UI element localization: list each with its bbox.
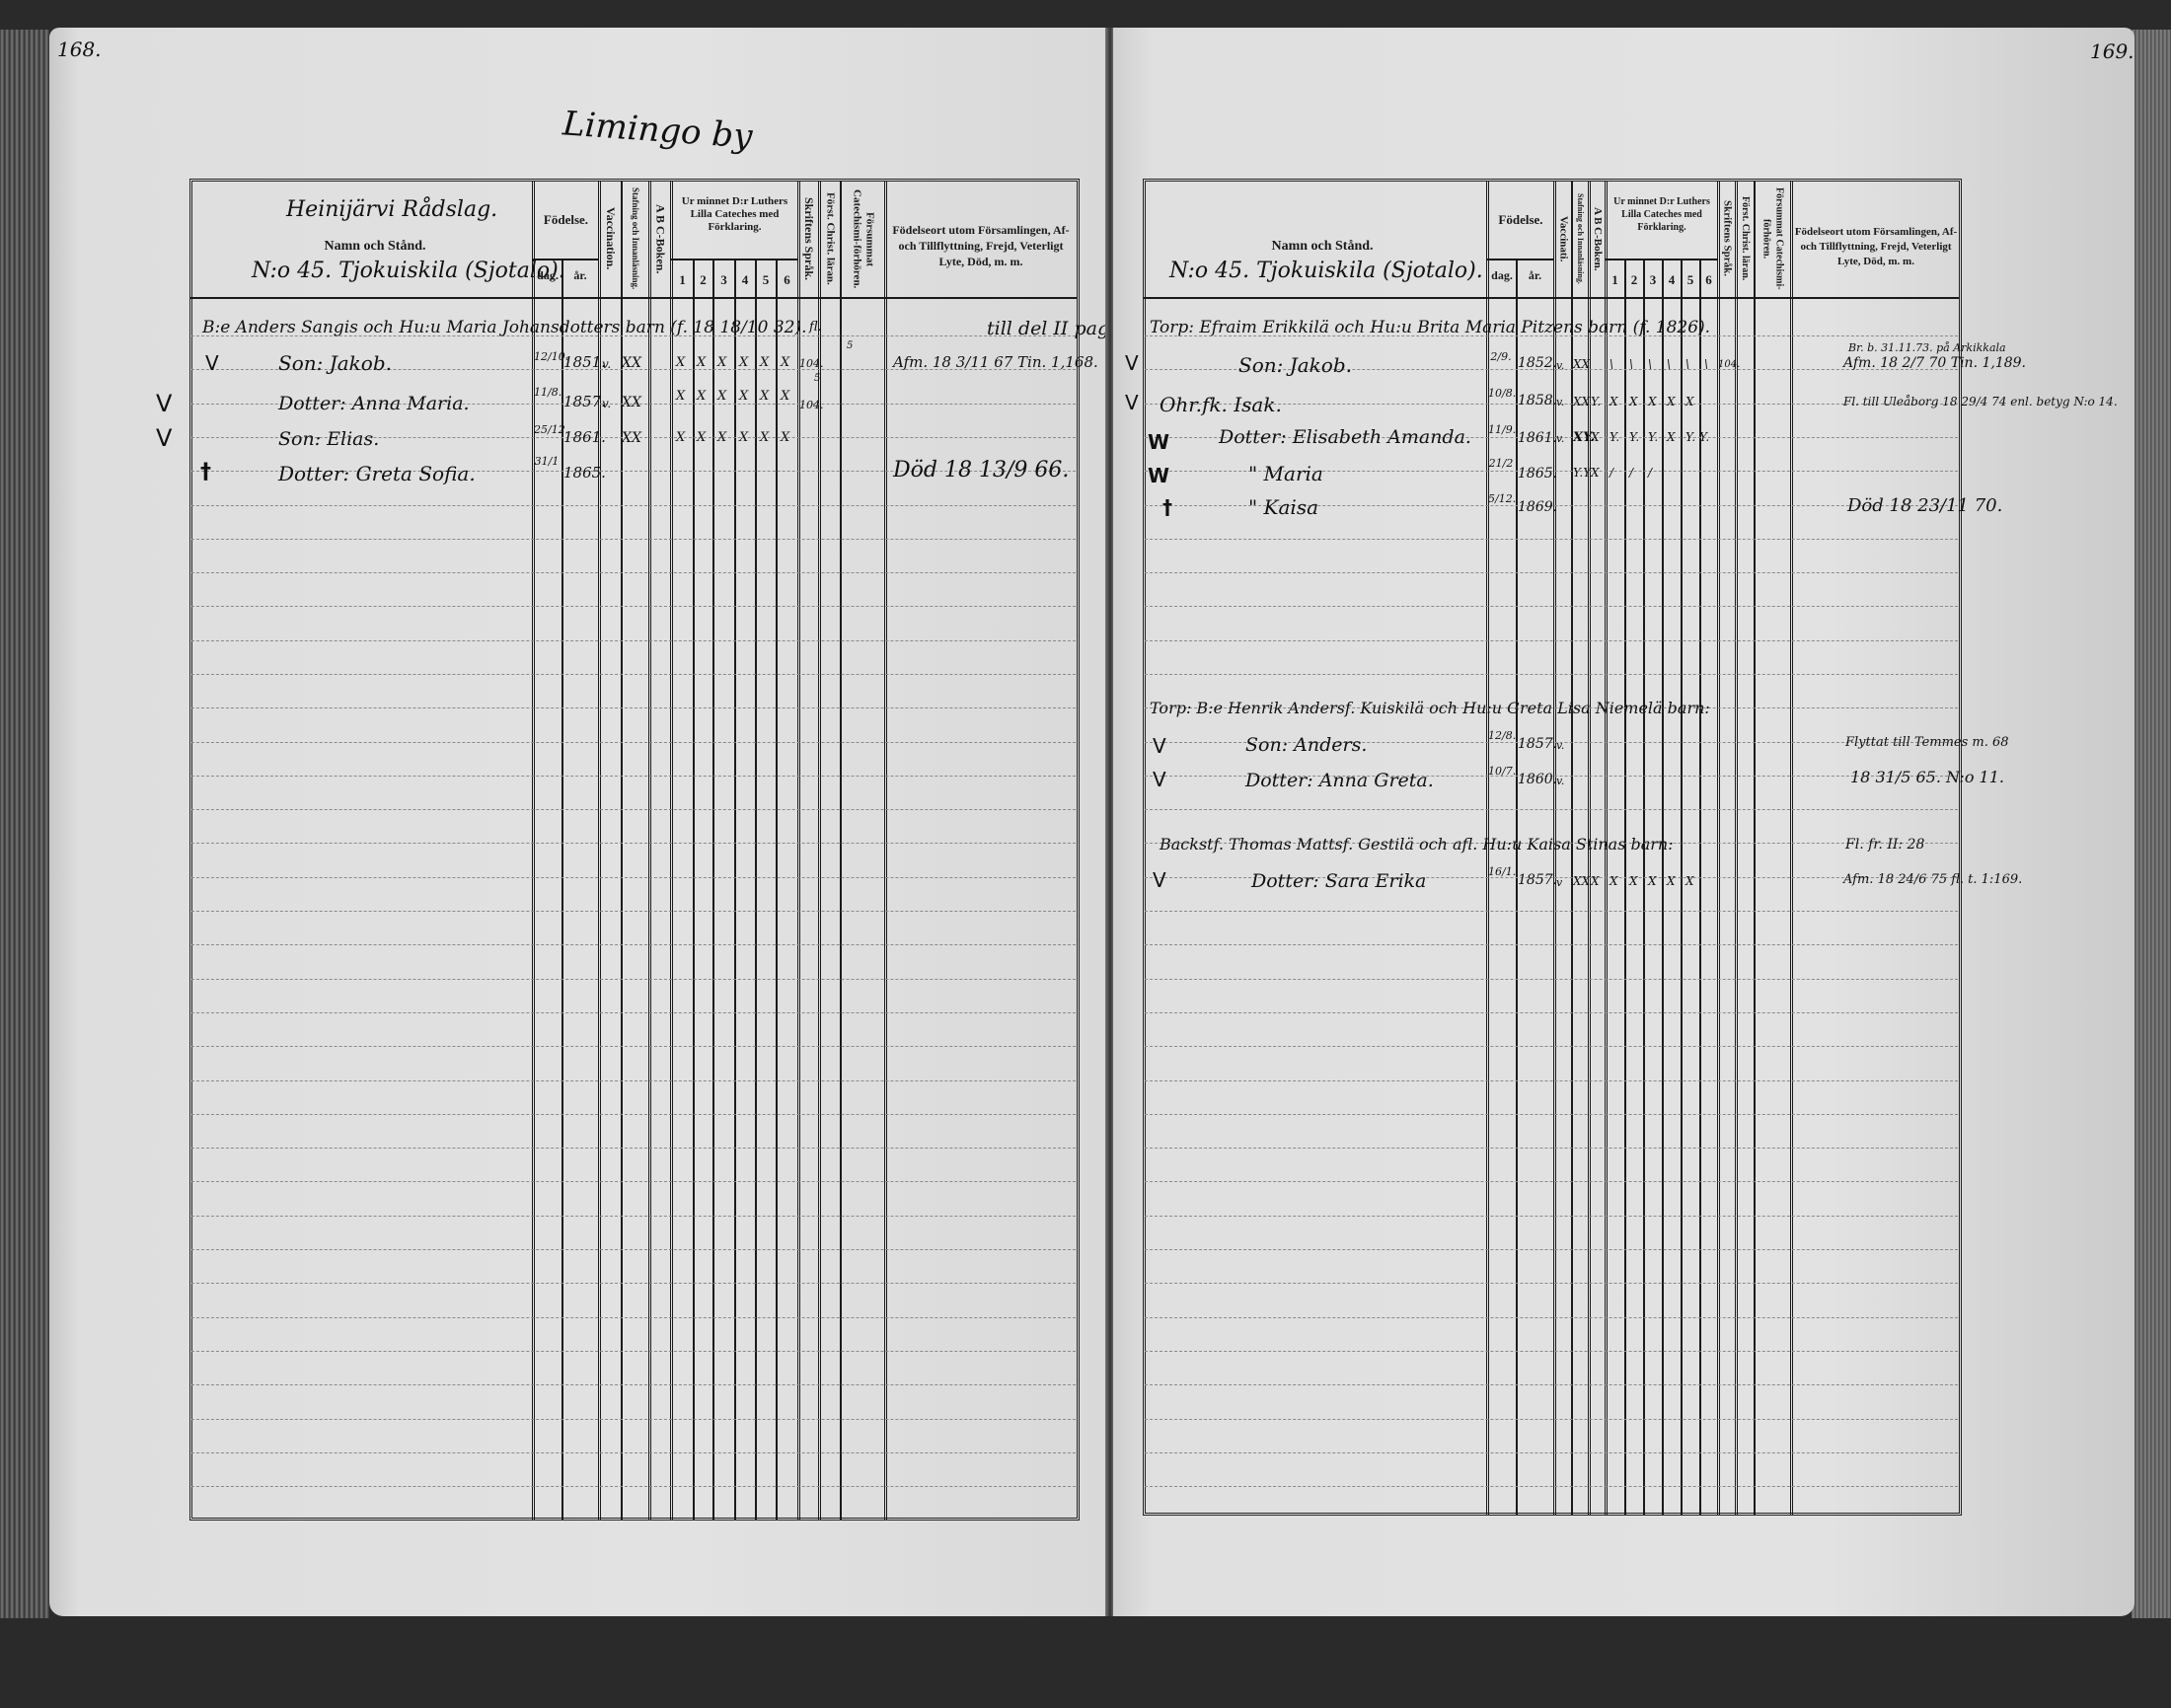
header-day: dag. xyxy=(534,268,561,283)
col-rule xyxy=(598,181,601,1520)
header-rule xyxy=(1487,259,1553,260)
person-name: Dotter: Elisabeth Amanda. xyxy=(1219,426,1471,448)
cat-5: X xyxy=(760,430,769,445)
ruled-line xyxy=(191,640,1076,641)
cat-1: X xyxy=(1591,466,1600,480)
cat-2: \ xyxy=(1629,357,1633,371)
birth-year: 1861. xyxy=(1518,430,1557,446)
vaccination: v. xyxy=(1556,432,1564,445)
check-mark: V xyxy=(1125,391,1139,414)
ruled-line xyxy=(1145,1283,1958,1284)
ruled-line xyxy=(1145,1148,1958,1149)
cat-6: X xyxy=(1685,874,1694,888)
col-rule xyxy=(884,181,887,1520)
ruled-line xyxy=(1145,1384,1958,1385)
header-cat-2: 2 xyxy=(1625,272,1643,287)
death-cross-icon: † xyxy=(1162,495,1172,519)
missed: 5 xyxy=(847,340,853,351)
birth-year: 1869. xyxy=(1518,499,1557,515)
cat-5: \ xyxy=(1685,357,1689,371)
vaccination: v. xyxy=(1556,359,1564,372)
abc: XX xyxy=(622,430,641,446)
ruled-line xyxy=(1145,1351,1958,1352)
cat-2: X xyxy=(697,389,706,404)
header-cat-3: 3 xyxy=(1644,272,1662,287)
person-name: Dotter: Greta Sofia. xyxy=(278,462,476,485)
header-spelling: Stafning och Innanläsning. xyxy=(1573,184,1588,294)
ruled-line xyxy=(191,1216,1076,1217)
ruled-line xyxy=(1145,979,1958,980)
birth-day: 31/1 xyxy=(534,456,560,467)
abc: XX xyxy=(1573,395,1590,408)
header-cat-6: 6 xyxy=(1700,272,1717,287)
remarks: Död 18 23/11 70. xyxy=(1847,495,2002,516)
ruled-line xyxy=(1145,674,1958,675)
cat-4: X xyxy=(1648,874,1657,888)
person-name: Dotter: Anna Greta. xyxy=(1245,770,1434,791)
header-cat-5: 5 xyxy=(1682,272,1699,287)
cat-3: X xyxy=(717,430,726,445)
col-rule xyxy=(1681,260,1683,1515)
check-mark: V xyxy=(156,424,172,452)
cat-4: X xyxy=(739,430,748,445)
remarks: Fl. fr. II: 28 xyxy=(1845,837,1924,853)
remarks: Död 18 13/9 66. xyxy=(893,458,1069,483)
household-head: Torp: Efraim Erikkilä och Hu:u Brita Mar… xyxy=(1150,318,1710,337)
left-page-number: 168. xyxy=(57,37,102,61)
header-name: Namn och Stånd. xyxy=(1243,239,1401,254)
cat-1: \ xyxy=(1610,357,1613,371)
person-name: Son: Elias. xyxy=(278,428,379,450)
col-rule xyxy=(1643,260,1645,1515)
ruled-line xyxy=(191,1351,1076,1352)
cat-4: X xyxy=(739,389,748,404)
header-catechism: Ur minnet D:r Luthers Lilla Cateches med… xyxy=(1607,195,1717,234)
header-vaccination: Vaccination. xyxy=(600,184,621,294)
ruled-line xyxy=(191,1181,1076,1182)
header-abc: A B C-Boken. xyxy=(1590,184,1605,294)
scripture: 104. xyxy=(799,357,824,370)
vaccination: v. xyxy=(1556,396,1564,408)
header-remarks: Födelseort utom Församlingen, Af- och Ti… xyxy=(888,222,1074,269)
check-mark: V xyxy=(1153,768,1166,791)
ruled-line xyxy=(191,776,1076,777)
check-mark: V xyxy=(205,351,219,375)
ruled-line xyxy=(1145,640,1958,641)
ruled-line xyxy=(191,1486,1076,1487)
remarks: Br. b. 31.11.73. på Arkikkala xyxy=(1848,341,2006,354)
ruled-line xyxy=(191,1419,1076,1420)
col-rule xyxy=(755,260,757,1520)
birth-day: 10/7. xyxy=(1488,766,1514,777)
header-cat-4: 4 xyxy=(735,272,755,287)
ruled-line xyxy=(1145,809,1958,810)
ruled-line xyxy=(191,572,1076,573)
birth-day: 12/8. xyxy=(1488,730,1514,741)
birth-day: 2/9. xyxy=(1488,351,1514,362)
household-head: B:e Anders Sangis och Hu:u Maria Johansd… xyxy=(202,318,807,337)
ruled-line xyxy=(191,1012,1076,1013)
header-year: år. xyxy=(562,268,598,283)
birth-year: 1860. xyxy=(1518,772,1557,787)
scripture: 104. xyxy=(1718,359,1740,370)
header-name: Namn och Stånd. xyxy=(296,239,454,254)
cat-2: X xyxy=(697,355,706,370)
header-missed: Försummat Catechismi-förhören. xyxy=(1756,184,1790,294)
ruled-line xyxy=(1145,1114,1958,1115)
cat-2: X xyxy=(697,430,706,445)
header-spelling: Stafning och Innanläsning. xyxy=(623,184,648,294)
birth-year: 1857. xyxy=(1518,872,1557,888)
cat-1: X xyxy=(676,389,685,404)
vaccination: v. xyxy=(602,357,611,371)
person-name: " Maria xyxy=(1248,462,1323,485)
cat-5: X xyxy=(760,355,769,370)
ruled-line xyxy=(1145,1080,1958,1081)
header-bottom-rule xyxy=(190,297,1077,299)
col-rule xyxy=(648,181,651,1520)
person-name: Son: Anders. xyxy=(1245,734,1367,756)
ruled-line xyxy=(191,707,1076,708)
ruled-line xyxy=(191,843,1076,844)
cat-2: / xyxy=(1610,466,1613,480)
ruled-line xyxy=(191,1452,1076,1453)
header-catechism: Ur minnet D:r Luthers Lilla Cateches med… xyxy=(672,195,797,234)
ruled-line xyxy=(191,877,1076,878)
vaccination: v. xyxy=(1556,775,1564,787)
birth-day: 5/12. xyxy=(1488,493,1514,504)
birth-year: 1857. xyxy=(1518,736,1557,752)
scripture: fl. xyxy=(809,320,822,334)
remarks: Afm. 18 2/7 70 Tin. 1,189. xyxy=(1843,355,2026,371)
abc: XX xyxy=(622,395,641,410)
header-christ: Först. Christ. läran. xyxy=(820,184,840,294)
cat-3: / xyxy=(1629,466,1633,480)
ruled-line xyxy=(1145,1317,1958,1318)
ruled-line xyxy=(191,979,1076,980)
birth-year: 1858. xyxy=(1518,393,1557,408)
cat-6: Y. Y. xyxy=(1685,430,1709,444)
header-day: dag. xyxy=(1488,268,1516,283)
ruled-line xyxy=(1145,1452,1958,1453)
cat-1: X xyxy=(1591,874,1600,888)
birth-day: 11/9. xyxy=(1488,424,1514,435)
remarks: 18 31/5 65. N:o 11. xyxy=(1850,768,2004,786)
check-mark: W xyxy=(1148,464,1169,487)
cat-3: \ xyxy=(1648,357,1652,371)
header-scripture: Skriftens Språk. xyxy=(799,184,818,294)
ruled-line xyxy=(1145,911,1958,912)
birth-day: 21/2 xyxy=(1488,458,1514,469)
ruled-line xyxy=(191,1080,1076,1081)
col-rule xyxy=(561,260,563,1520)
header-cat-4: 4 xyxy=(1663,272,1681,287)
cat-3: Y. xyxy=(1629,430,1639,444)
col-rule xyxy=(1699,260,1701,1515)
person-name: Ohr.fk. Isak. xyxy=(1160,393,1282,416)
abc: XX xyxy=(1573,357,1590,371)
header-rule xyxy=(1606,259,1717,260)
ruled-line xyxy=(191,606,1076,607)
cat-1: Y. xyxy=(1591,395,1601,408)
cat-1: X xyxy=(1591,430,1600,444)
ruled-line xyxy=(191,505,1076,506)
header-remarks: Födelseort utom Församlingen, Af- och Ti… xyxy=(1794,225,1958,269)
abc: XX xyxy=(622,355,641,371)
cat-2: X xyxy=(1610,395,1618,408)
cat-6: X xyxy=(781,430,789,445)
left-register-table xyxy=(189,179,1080,1521)
cat-6: \ xyxy=(1704,357,1708,371)
ruled-line xyxy=(191,1148,1076,1149)
remarks: Fl. till Uleåborg 18 29/4 74 enl. betyg … xyxy=(1843,395,2118,408)
ruled-line xyxy=(191,911,1076,912)
col-rule xyxy=(1662,260,1664,1515)
ruled-line xyxy=(191,1384,1076,1385)
ruled-line xyxy=(1145,944,1958,945)
ruled-line xyxy=(191,674,1076,675)
birth-year: 1852. xyxy=(1518,355,1557,371)
col-rule xyxy=(1717,181,1720,1515)
ruled-line xyxy=(191,1317,1076,1318)
cat-1: X xyxy=(676,355,685,370)
cat-3: X xyxy=(717,389,726,404)
check-mark: V xyxy=(1125,351,1139,375)
header-vaccination: Vaccinati. xyxy=(1555,184,1571,294)
ruled-line xyxy=(191,1046,1076,1047)
ruled-line xyxy=(191,539,1076,540)
ruled-line xyxy=(1145,1012,1958,1013)
abc: Y.Y xyxy=(1573,466,1591,480)
cat-4: X xyxy=(739,355,748,370)
cat-2: X xyxy=(1610,874,1618,888)
ruled-line xyxy=(191,944,1076,945)
header-cat-6: 6 xyxy=(777,272,797,287)
remarks: Afm. 18 24/6 75 fl. t. 1:169. xyxy=(1843,872,2022,887)
col-rule xyxy=(1624,260,1626,1515)
birth-year: 1851. xyxy=(563,353,606,371)
house-title: Heinijärvi Rådslag. xyxy=(286,197,497,222)
header-cat-1: 1 xyxy=(1606,272,1624,287)
cat-6: X xyxy=(781,389,789,404)
ruled-line xyxy=(191,1114,1076,1115)
col-rule xyxy=(532,181,535,1520)
birth-year: 1865. xyxy=(1518,466,1557,482)
col-rule xyxy=(840,181,842,1520)
cat-5: X xyxy=(1667,395,1676,408)
header-year: år. xyxy=(1517,268,1553,283)
header-cat-2: 2 xyxy=(694,272,712,287)
birth-day: 12/10. xyxy=(534,351,560,362)
col-rule xyxy=(1790,181,1793,1515)
cat-4: \ xyxy=(1667,357,1671,371)
cat-4: X xyxy=(1648,395,1657,408)
cat-5: X xyxy=(760,389,769,404)
cat-2: Y. xyxy=(1610,430,1619,444)
birth-day: 16/1. xyxy=(1488,866,1514,877)
cat-6: X xyxy=(781,355,789,370)
right-page-number: 169. xyxy=(2090,39,2134,63)
col-rule xyxy=(1735,181,1738,1515)
check-mark: V xyxy=(1153,868,1166,892)
ruled-line xyxy=(191,1283,1076,1284)
col-rule xyxy=(734,260,736,1520)
check-mark: V xyxy=(1153,734,1166,758)
col-rule xyxy=(1754,181,1756,1515)
ruled-line xyxy=(1145,572,1958,573)
header-birth: Födelse. xyxy=(1488,212,1553,227)
cat-3: X xyxy=(1629,395,1638,408)
header-cat-5: 5 xyxy=(756,272,776,287)
person-name: Dotter: Sara Erika xyxy=(1251,870,1426,892)
col-rule xyxy=(693,260,695,1520)
ruled-line xyxy=(1145,539,1958,540)
birth-year: 1857. xyxy=(563,393,606,410)
cat-3: X xyxy=(1629,874,1638,888)
cat-4: / xyxy=(1648,466,1652,480)
cat-5: X xyxy=(1667,430,1676,444)
check-mark: V xyxy=(156,390,172,417)
col-rule xyxy=(776,260,778,1520)
header-rule xyxy=(671,259,797,260)
cat-3: X xyxy=(717,355,726,370)
ruled-line xyxy=(1145,1046,1958,1047)
ruled-line xyxy=(1145,1181,1958,1182)
header-cat-1: 1 xyxy=(672,272,693,287)
header-scripture: Skriftens Språk. xyxy=(1719,184,1735,294)
person-name: " Kaisa xyxy=(1248,495,1318,519)
vaccination: v. xyxy=(602,397,611,410)
ruled-line xyxy=(191,809,1076,810)
vaccination: v xyxy=(1556,876,1562,889)
remarks: Afm. 18 3/11 67 Tin. 1,168. xyxy=(893,353,1098,371)
birth-day: 11/8. xyxy=(534,387,560,398)
household-head: Torp: B:e Henrik Andersf. Kuiskilä och H… xyxy=(1150,699,1710,717)
missed: 5 xyxy=(814,373,820,384)
person-name: Son: Jakob. xyxy=(278,351,392,375)
person-name: Dotter: Anna Maria. xyxy=(278,393,470,414)
ruled-line xyxy=(1145,1486,1958,1487)
header-christ: Först. Christ. läran. xyxy=(1737,184,1754,294)
remarks: Flyttat till Temmes m. 68 xyxy=(1845,735,2009,750)
ruled-line xyxy=(191,1249,1076,1250)
farm-title: N:o 45. Tjokuiskila (Sjotalo). xyxy=(252,259,565,283)
col-rule xyxy=(712,260,714,1520)
ruled-line xyxy=(1145,606,1958,607)
household-head: Backstf. Thomas Mattsf. Gestilä och afl.… xyxy=(1160,835,1674,854)
person-name: Son: Jakob. xyxy=(1238,353,1352,377)
col-rule xyxy=(670,181,673,1520)
farm-title: N:o 45. Tjokuiskila (Sjotalo). xyxy=(1169,259,1483,283)
col-rule xyxy=(621,181,623,1520)
ruled-line xyxy=(1145,1249,1958,1250)
ruled-line xyxy=(1145,1216,1958,1217)
cat-4: Y. xyxy=(1648,430,1658,444)
abc: XX xyxy=(1573,874,1590,888)
book-edge-left xyxy=(0,30,49,1618)
ruled-line xyxy=(191,742,1076,743)
death-cross-icon: † xyxy=(200,460,211,484)
col-rule xyxy=(797,181,800,1520)
header-missed: Försummat Catechismi-förhören. xyxy=(842,184,884,294)
header-bottom-rule xyxy=(1144,297,1959,299)
cat-1: X xyxy=(676,430,685,445)
birth-year: 1865. xyxy=(563,464,606,482)
cat-6: X xyxy=(1685,395,1694,408)
book-edge-right xyxy=(2132,30,2171,1618)
check-mark: W xyxy=(1148,430,1169,454)
scripture: 104. xyxy=(799,399,824,411)
header-birth: Födelse. xyxy=(534,212,598,227)
birth-year: 1861. xyxy=(563,428,606,446)
header-abc: A B C-Boken. xyxy=(650,184,670,294)
birth-day: 25/12. xyxy=(534,424,560,435)
header-cat-3: 3 xyxy=(713,272,734,287)
cat-5: X xyxy=(1667,874,1676,888)
birth-day: 10/8. xyxy=(1488,388,1514,399)
ruled-line xyxy=(1145,1419,1958,1420)
vaccination: v. xyxy=(1556,739,1564,752)
